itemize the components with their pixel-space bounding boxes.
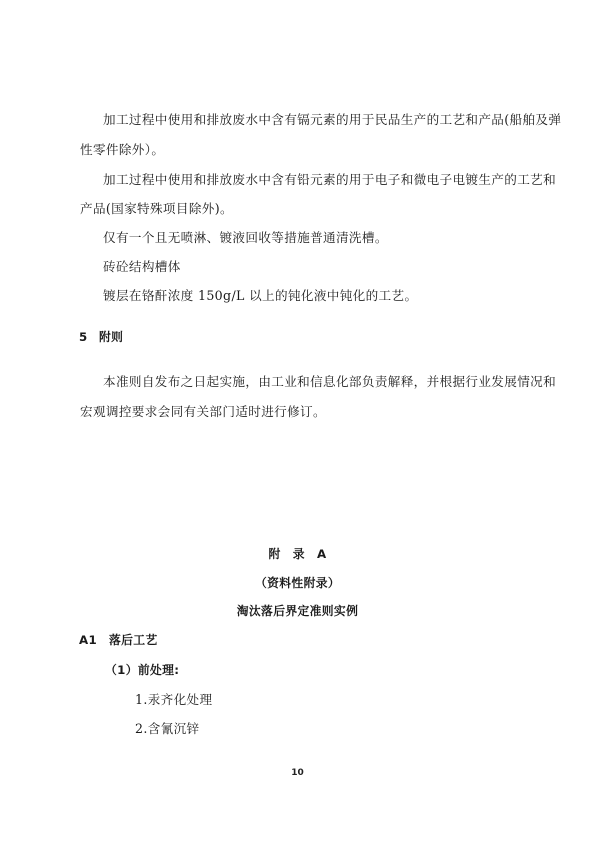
document-page: 加工过程中使用和排放废水中含有镉元素的用于民品生产的工艺和产品(船舶及弹 性零件…	[0, 0, 595, 841]
page-number: 10	[0, 768, 595, 778]
section-5-heading: 5附则	[79, 329, 123, 345]
paragraph-lead-line-1: 加工过程中使用和排放废水中含有铅元素的用于电子和微电子电镀生产的工艺和	[103, 172, 556, 188]
appendix-type: （资料性附录）	[0, 575, 595, 591]
appendix-title: 淘汰落后界定准则实例	[0, 603, 595, 619]
appendix-section-a1-number: A1	[79, 632, 109, 648]
appendix-section-a1-title: 落后工艺	[109, 633, 158, 647]
paragraph-rinse-tank: 仅有一个且无喷淋、镀液回收等措施普通清洗槽。	[103, 230, 388, 246]
paragraph-lead-line-2: 产品(国家特殊项目除外)。	[80, 201, 233, 217]
section-5-title: 附则	[99, 330, 123, 344]
section-5-paragraph-line-2: 宏观调控要求会同有关部门适时进行修订。	[80, 404, 326, 420]
section-5-number: 5	[79, 329, 99, 345]
appendix-item-1: 1.汞齐化处理	[135, 692, 212, 708]
section-5-paragraph-line-1: 本准则自发布之日起实施，由工业和信息化部负责解释，并根据行业发展情况和	[103, 374, 556, 390]
paragraph-cadmium-line-2: 性零件除外）。	[80, 142, 164, 158]
appendix-subsection-pretreatment: （1）前处理:	[105, 662, 179, 678]
paragraph-chromic-passivation: 镀层在铬酐浓度 150g/L 以上的钝化液中钝化的工艺。	[103, 288, 417, 304]
appendix-section-a1-heading: A1落后工艺	[79, 632, 158, 648]
paragraph-cadmium-line-1: 加工过程中使用和排放废水中含有镉元素的用于民品生产的工艺和产品(船舶及弹	[103, 112, 561, 128]
paragraph-brick-tank: 砖砼结构槽体	[103, 259, 181, 275]
appendix-label: 附 录 A	[0, 546, 595, 562]
appendix-item-2: 2.含氰沉锌	[135, 721, 200, 737]
